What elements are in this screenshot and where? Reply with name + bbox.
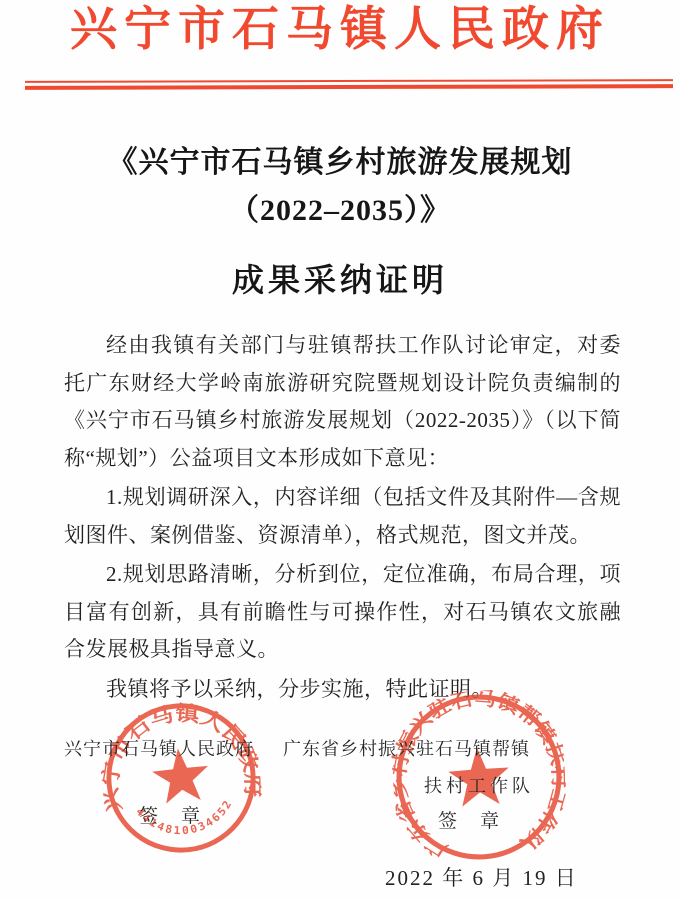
letterhead-divider [25,80,673,89]
seal-ring-circle [102,699,260,857]
seal-ring-text: 广东省乡村振兴驻石马镇帮镇扶村工作队 [387,685,571,865]
document-title: 《兴宁市石马镇乡村旅游发展规划 （2022–2035）》 [0,143,680,231]
seal-code-number: 4414810034652 [132,796,238,843]
star-icon [447,746,512,808]
body-paragraph-3: 2.规划思路清晰，分析到位，定位准确，布局合理，项目富有创新，具有前瞻性与可操作… [64,556,621,669]
body-paragraph-1: 经由我镇有关部门与驻镇帮扶工作队讨论审定，对委托广东财经大学岭南旅游研究院暨规划… [64,327,621,477]
document-date: 2022 年 6 月 19 日 [385,862,578,892]
divider-thin-line [25,79,673,83]
document-title-line2: （2022–2035）》 [0,191,680,231]
document-body: 经由我镇有关部门与驻镇帮扶工作队讨论审定，对委托广东财经大学岭南旅游研究院暨规划… [64,327,621,708]
body-paragraph-4: 我镇将予以采纳，分步实施，特此证明。 [64,671,621,709]
work-team-seal: 广东省乡村振兴驻石马镇帮镇扶村工作队 [387,685,571,869]
letterhead-title: 兴宁市石马镇人民政府 [0,2,680,58]
government-seal: 兴宁市石马镇人民政府 4414810034652 [94,691,268,865]
svg-text:兴宁市石马镇人民政府: 兴宁市石马镇人民政府 [94,693,267,815]
document-title-line1: 《兴宁市石马镇乡村旅游发展规划 [0,143,680,183]
seal-ring-circle [394,692,565,863]
right-signer-org-line2: 扶村工作队 [424,772,534,798]
right-signer-org-line1: 广东省乡村振兴驻石马镇帮镇 [283,735,530,761]
seal-ring-text: 兴宁市石马镇人民政府 [94,693,267,815]
svg-text:4414810034652: 4414810034652 [132,796,238,843]
left-signer-org: 兴宁市石马镇人民政府 [64,735,254,761]
body-paragraph-2: 1.规划调研深入，内容详细（包括文件及其附件—含规划图件、案例借鉴、资源清单），… [64,479,621,554]
document-subtitle: 成果采纳证明 [0,255,680,301]
svg-text:广东省乡村振兴驻石马镇帮镇扶村工作队: 广东省乡村振兴驻石马镇帮镇扶村工作队 [387,685,571,865]
document-page: 兴宁市石马镇人民政府 《兴宁市石马镇乡村旅游发展规划 （2022–2035）》 … [0,0,680,899]
right-seal-label: 签 章 [438,806,501,833]
divider-thick-line [25,84,673,90]
left-seal-label: 签 章 [139,801,202,828]
star-icon [150,746,212,805]
